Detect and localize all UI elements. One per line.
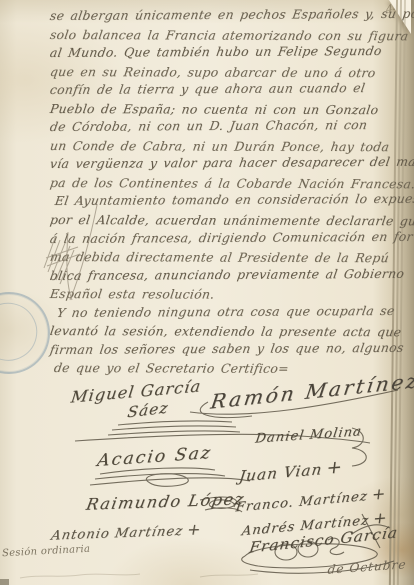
signature-raimundo-lopez: Raimundo López: [85, 489, 247, 513]
manuscript-line: á la nación francesa, dirigiendo Comunic…: [49, 227, 408, 248]
witness-cross-mark: +: [367, 485, 387, 504]
signature-acacio-saz: Acacio Saz: [96, 443, 214, 471]
cutoff-text-trace: [20, 574, 258, 578]
manuscript-line: El Ayuntamiento tomando en consideración…: [54, 190, 408, 211]
manuscript-line: Y no teniendo ninguna otra cosa que ocup…: [56, 302, 408, 323]
signature-antonio-martinez: Antonio Martínez+: [50, 520, 202, 543]
margin-note-de-octubre: de Octubre: [327, 557, 407, 576]
scan-edge-artifact: [0, 579, 9, 585]
signature-daniel-molina: Daniel Molina: [254, 424, 363, 446]
manuscript-line: vía vergüenza y valor para hacer desapar…: [49, 153, 408, 174]
manuscript-body: se albergan únicamente en pechos Español…: [50, 7, 406, 378]
witness-cross-mark: +: [182, 520, 202, 539]
manuscript-line: de Córdoba, ni con un D. Juan Chacón, ni…: [49, 116, 408, 137]
margin-note-sesion-ordinaria: Sesión ordinaria: [2, 544, 91, 560]
manuscript-line: al Mundo. Que también hubo un Felipe Seg…: [49, 42, 408, 63]
witness-cross-mark: +: [321, 457, 343, 480]
manuscript-line: firman los señores que saben y los que n…: [49, 339, 408, 360]
manuscript-line: se albergan únicamente en pechos Español…: [49, 5, 408, 26]
signature-miguel-garcia-suffix: Sáez: [126, 399, 169, 422]
signature-juan-vian: Juan Vian+: [238, 457, 343, 487]
stamp-inner-ring: [0, 297, 43, 366]
manuscript-line: confín de la tierra y que ahora aun cuan…: [49, 79, 408, 100]
manuscript-page: 44 se albergan únicamente en pechos Espa…: [0, 0, 414, 585]
manuscript-line: blica francesa, anunciando previamente a…: [49, 264, 408, 285]
